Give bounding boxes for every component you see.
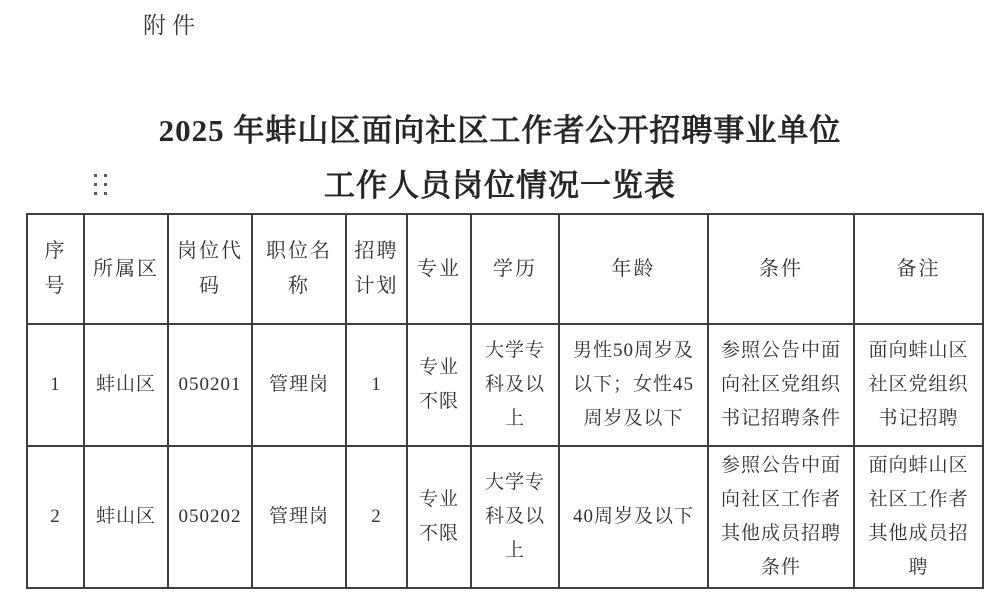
cell-position-name: 管理岗 [252, 446, 346, 588]
column-header-district: 所属区 [84, 214, 168, 324]
positions-table: 序 号 所属区 岗位代 码 职位名 称 招聘 计划 专业 学历 年龄 条件 备注… [26, 213, 984, 589]
cell-serial: 1 [27, 324, 84, 446]
cell-major: 专业 不限 [407, 446, 471, 588]
cell-recruit-plan: 1 [346, 324, 407, 446]
column-header-recruit-plan: 招聘 计划 [346, 214, 407, 324]
column-header-serial: 序 号 [27, 214, 84, 324]
cell-position-name: 管理岗 [252, 324, 346, 446]
cell-education: 大学专 科及以 上 [471, 446, 559, 588]
table-header-row: 序 号 所属区 岗位代 码 职位名 称 招聘 计划 专业 学历 年龄 条件 备注 [27, 214, 983, 324]
table-row: 1 蚌山区 050201 管理岗 1 专业 不限 大学专 科及以 上 男性50周… [27, 324, 983, 446]
page-title-line-1: 2025 年蚌山区面向社区工作者公开招聘事业单位 [0, 103, 1000, 158]
page-title: 2025 年蚌山区面向社区工作者公开招聘事业单位 工作人员岗位情况一览表 [0, 103, 1000, 213]
cell-recruit-plan: 2 [346, 446, 407, 588]
column-header-position-name: 职位名 称 [252, 214, 346, 324]
column-header-conditions: 条件 [708, 214, 854, 324]
cell-major: 专业 不限 [407, 324, 471, 446]
cell-conditions: 参照公告中面 向社区工作者 其他成员招聘 条件 [708, 446, 854, 588]
cell-job-code: 050202 [168, 446, 252, 588]
cell-remarks: 面向蚌山区 社区党组织 书记招聘 [854, 324, 983, 446]
document-page: 附件 2025 年蚌山区面向社区工作者公开招聘事业单位 工作人员岗位情况一览表 … [0, 0, 1000, 609]
column-header-major: 专业 [407, 214, 471, 324]
cell-age: 40周岁及以下 [559, 446, 708, 588]
cell-job-code: 050201 [168, 324, 252, 446]
cell-education: 大学专 科及以 上 [471, 324, 559, 446]
cell-conditions: 参照公告中面 向社区党组织 书记招聘条件 [708, 324, 854, 446]
attachment-label: 附件 [143, 7, 201, 40]
column-header-job-code: 岗位代 码 [168, 214, 252, 324]
cell-age: 男性50周岁及 以下；女性45 周岁及以下 [559, 324, 708, 446]
cell-serial: 2 [27, 446, 84, 588]
cell-district: 蚌山区 [84, 324, 168, 446]
column-header-age: 年龄 [559, 214, 708, 324]
column-header-remarks: 备注 [854, 214, 983, 324]
column-header-education: 学历 [471, 214, 559, 324]
table-row: 2 蚌山区 050202 管理岗 2 专业 不限 大学专 科及以 上 40周岁及… [27, 446, 983, 588]
cell-district: 蚌山区 [84, 446, 168, 588]
cell-remarks: 面向蚌山区 社区工作者 其他成员招 聘 [854, 446, 983, 588]
page-title-line-2: 工作人员岗位情况一览表 [0, 158, 1000, 213]
